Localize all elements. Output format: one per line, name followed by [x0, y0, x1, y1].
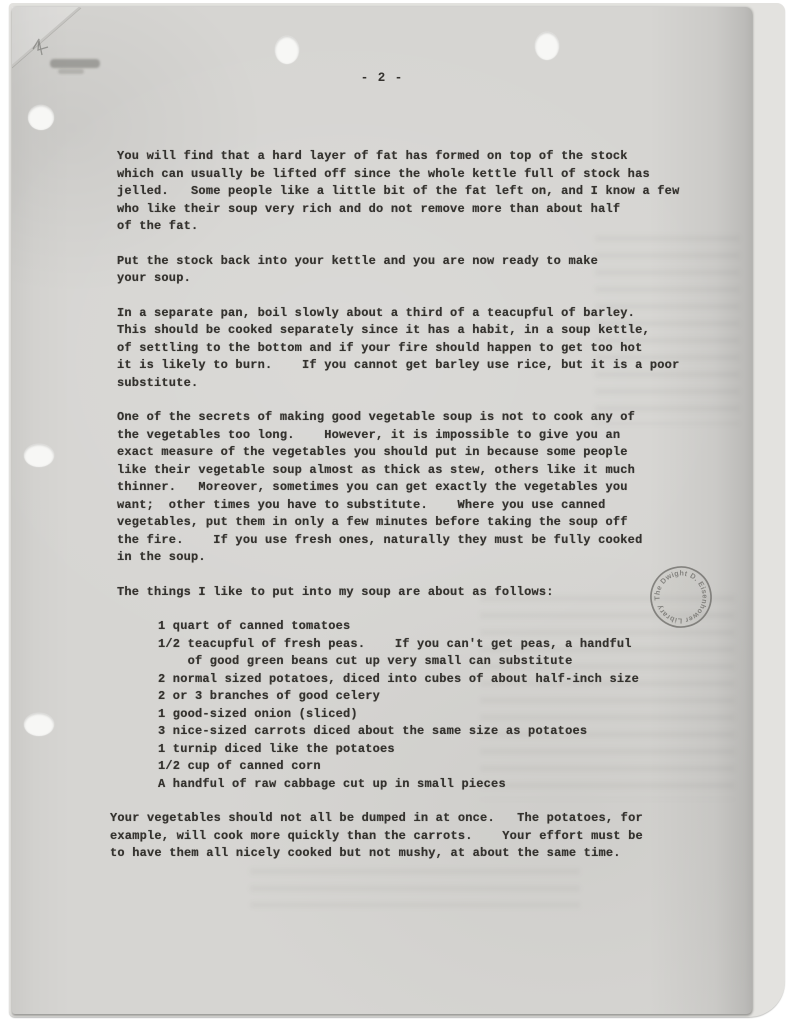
text-line: vegetables, put them in only a few minut… [117, 514, 732, 532]
text-line: of good green beans cut up very small ca… [158, 653, 732, 671]
text-line: You will find that a hard layer of fat h… [117, 148, 732, 166]
text-line: substitute. [117, 375, 732, 393]
text-line: This should be cooked separately since i… [117, 322, 732, 340]
text-line: of the fat. [117, 218, 732, 236]
text-line: to have them all nicely cooked but not m… [110, 845, 732, 863]
punch-hole-top-right [535, 32, 559, 60]
text-line: example, will cook more quickly than the… [110, 828, 732, 846]
text-line: thinner. Moreover, sometimes you can get… [117, 479, 732, 497]
paragraph-barley: In a separate pan, boil slowly about a t… [117, 305, 732, 393]
text-line: the fire. If you use fresh ones, natural… [117, 532, 732, 550]
paragraph-soup-secrets: One of the secrets of making good vegeta… [117, 409, 732, 567]
text-line: which can usually be lifted off since th… [117, 166, 732, 184]
document-page: - 2 - You will find that a hard layer of… [12, 7, 752, 1014]
text-line: Put the stock back into your kettle and … [117, 253, 732, 271]
paragraph-closing: Your vegetables should not all be dumped… [110, 810, 732, 863]
text-line: want; other times you have to substitute… [117, 497, 732, 515]
text-line: 3 nice-sized carrots diced about the sam… [158, 723, 732, 741]
page-number: - 2 - [12, 71, 752, 85]
text-line: of settling to the bottom and if your fi… [117, 340, 732, 358]
ingredient-list: 1 quart of canned tomatoes1/2 teacupful … [158, 618, 732, 793]
text-line: 1/2 cup of canned corn [158, 758, 732, 776]
text-line: jelled. Some people like a little bit of… [117, 183, 732, 201]
text-line: 2 normal sized potatoes, diced into cube… [158, 671, 732, 689]
punch-hole-top-left [275, 36, 299, 64]
punch-hole-left-lower [24, 713, 54, 736]
punch-hole-left-upper [28, 105, 54, 130]
dog-ear-fold [12, 7, 132, 107]
scan-background: - 2 - You will find that a hard layer of… [0, 0, 791, 1024]
text-line: who like their soup very rich and do not… [117, 201, 732, 219]
paragraph-stock-back: Put the stock back into your kettle and … [117, 253, 732, 288]
text-column: You will find that a hard layer of fat h… [117, 148, 732, 863]
text-line: 1 good-sized onion (sliced) [158, 706, 732, 724]
text-line: 1 turnip diced like the potatoes [158, 741, 732, 759]
text-line: A handful of raw cabbage cut up in small… [158, 776, 732, 794]
paragraph-fat-layer: You will find that a hard layer of fat h… [117, 148, 732, 236]
print-through-smudge [250, 868, 580, 908]
text-line: One of the secrets of making good vegeta… [117, 409, 732, 427]
ink-smudge [50, 59, 100, 68]
text-line: your soup. [117, 270, 732, 288]
text-line: like their vegetable soup almost as thic… [117, 462, 732, 480]
text-line: 2 or 3 branches of good celery [158, 688, 732, 706]
text-line: it is likely to burn. If you cannot get … [117, 357, 732, 375]
text-line: Your vegetables should not all be dumped… [110, 810, 732, 828]
punch-hole-left-middle [24, 444, 54, 467]
text-line: the vegetables too long. However, it is … [117, 427, 732, 445]
library-stamp: The Dwight D. Eisenhower Library [639, 555, 723, 639]
text-line: In a separate pan, boil slowly about a t… [117, 305, 732, 323]
text-line: exact measure of the vegetables you shou… [117, 444, 732, 462]
